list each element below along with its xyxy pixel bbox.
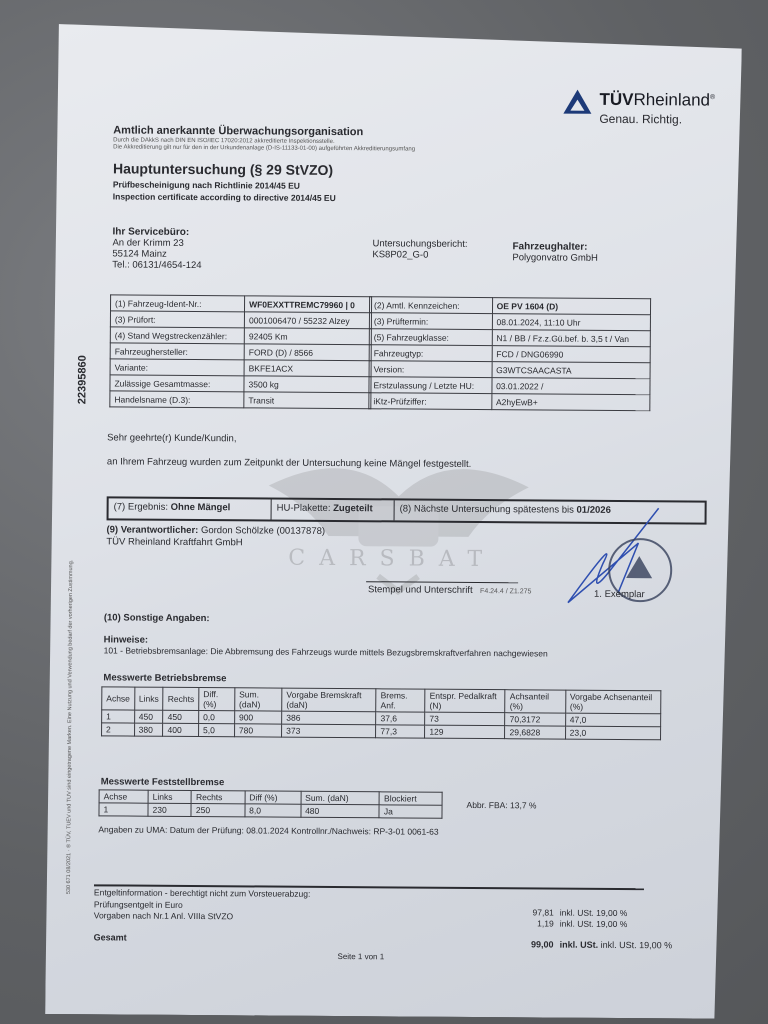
service-city: 55124 Mainz [112,248,201,260]
table-cell: 37,6 [376,712,425,725]
field-label: Erstzulassung / Letzte HU: [369,377,492,394]
watermark-text: CARSBAT [288,546,496,572]
table-row: Erstzulassung / Letzte HU:03.01.2022 / [369,377,650,395]
column-header: Achsanteil (%) [505,690,565,713]
column-header: Diff. (%) [199,688,235,711]
table-row: Fahrzeughersteller:FORD (D) / 8566 [110,343,371,361]
table-cell: 480 [301,804,380,818]
table-row: Fahrzeugtyp:FCD / DNG06990 [369,345,650,363]
fee-info: Entgeltinformation - berechtigt nicht zu… [94,887,310,899]
table-row: (4) Stand Wegstreckenzähler:92405 Km [110,327,371,345]
fee-line1-tax: inkl. USt. 19,00 % [560,908,628,918]
column-header: Links [134,687,163,710]
table-cell: 129 [425,725,505,739]
field-value: BKFE1ACX [244,360,371,377]
reg-mark: ® [710,94,715,101]
table-row: Zulässige Gesamtmasse:3500 kg [110,375,371,393]
other-info-label: (10) Sonstige Angaben: [104,612,210,624]
table-row: 23804005,078037377,312929,682823,0 [102,723,661,740]
field-value: Transit [244,392,371,409]
field-value: FORD (D) / 8566 [244,344,371,361]
brand-bold: TÜV [599,90,633,109]
fba-value: Abbr. FBA: 13,7 % [467,800,537,810]
report-block: Untersuchungsbericht: KS8P02_G-0 [372,238,467,261]
table-cell: 1 [99,803,148,816]
total-amount: 99,00 [524,939,554,949]
table-cell: 373 [282,724,376,738]
hint-text: 101 - Betriebsbremsanlage: Die Abbremsun… [104,645,548,658]
table-row: iKtz-Prüfziffer:A2hyEwB+ [369,393,650,411]
page-title: Hauptuntersuchung (§ 29 StVZO) [113,160,333,178]
service-brake-table: AchseLinksRechtsDiff. (%)Sum. (daN)Vorga… [101,686,661,740]
table-row: 12302508,0480Ja [99,803,442,818]
table-cell: 47,0 [565,713,660,727]
table-cell: 73 [425,712,505,726]
field-value: G3WTCSAACASTA [492,362,650,379]
field-label: Fahrzeugtyp: [369,345,492,362]
field-label: Fahrzeughersteller: [110,343,244,360]
table-row: (2) Amtl. Kennzeichen:OE PV 1604 (D) [369,297,650,315]
subtitle-en: Inspection certificate according to dire… [113,191,336,203]
table-cell: 230 [148,803,191,816]
parking-brake-table: AchseLinksRechtsDiff (%)Sum. (daN)Blocki… [98,789,442,818]
table-row: (5) Fahrzeugklasse:N1 / BB / Fz.z.Gü.bef… [369,329,650,347]
owner-block: Fahrzeughalter: Polygonvatro GmbH [512,241,598,264]
field-label: (3) Prüftermin: [369,313,492,330]
result-ergebnis: (7) Ergebnis: Ohne Mängel [109,498,272,519]
table-row: Variante:BKFE1ACX [110,359,371,377]
service-brake-title: Messwerte Betriebsbremse [103,672,226,684]
column-header: Rechts [163,687,199,710]
field-value: WF0EXXTTREMC79960 | 0 [245,296,372,313]
responsible-company: TÜV Rheinland Kraftfahrt GmbH [106,536,242,548]
report-label: Untersuchungsbericht: [372,238,467,250]
column-header: Rechts [191,790,244,803]
responsible: (9) Verantwortlicher: Gordon Schölzke (0… [106,524,325,537]
field-label: iKtz-Prüfziffer: [369,393,492,410]
total-tax: inkl. USt. inkl. USt. 19,00 % [560,940,673,951]
owner-label: Fahrzeughalter: [512,241,598,253]
column-header: Vorgabe Achsenanteil (%) [565,690,661,714]
table-cell: 1 [102,710,135,723]
parking-brake-title: Messwerte Feststellbremse [101,776,225,788]
table-cell: 2 [102,723,135,736]
table-cell: 380 [134,723,163,736]
table-cell: 23,0 [565,726,660,740]
fee-line1-label: Prüfungsentgelt in Euro [94,899,183,910]
side-trademark-text: 530 671 08/2021 · ® TÜV, TUEV und TUV si… [66,560,74,894]
field-value: A2hyEwB+ [491,394,649,411]
field-label: (2) Amtl. Kennzeichen: [369,297,492,314]
slogan: Genau. Richtig. [599,112,682,127]
table-cell: 70,3172 [505,713,565,726]
service-office: Ihr Servicebüro: An der Krimm 23 55124 M… [112,226,202,271]
greeting: Sehr geehrte(r) Kunde/Kundin, [107,432,236,444]
hints-label: Hinweise: [104,634,148,645]
fee-line2-amount: 1,19 [524,918,554,928]
column-header: Links [148,790,191,803]
table-cell: 780 [234,724,281,737]
subtitle-de: Prüfbescheinigung nach Richtlinie 2014/4… [113,179,300,190]
signature-label: Stempel und Unterschrift [368,584,473,596]
column-header: Achse [99,790,148,803]
column-header: Vorgabe Bremskraft (daN) [282,688,376,712]
vehicle-table-left: (1) Fahrzeug-Ident-Nr.:WF0EXXTTREMC79960… [109,294,372,409]
field-label: Zulässige Gesamtmasse: [110,375,244,392]
column-header: Achse [102,687,135,710]
field-label: (4) Stand Wegstreckenzähler: [110,327,244,344]
field-value: 0001006470 / 55232 Alzey [244,312,371,329]
field-label: Version: [369,361,492,378]
org-heading: Amtlich anerkannte Überwachungsorganisat… [113,124,363,138]
table-cell: 900 [234,711,281,724]
field-label: (5) Fahrzeugklasse: [369,329,492,346]
table-cell: 29,6828 [505,726,565,739]
column-header: Sum. (daN) [235,688,282,711]
owner-value: Polygonvatro GmbH [512,252,598,264]
table-cell: 386 [282,711,376,725]
field-value: 92405 Km [244,328,371,345]
field-label: (3) Prüfort: [110,311,244,328]
report-value: KS8P02_G-0 [372,249,467,261]
column-header: Blockiert [379,792,442,805]
table-cell: Ja [379,805,442,818]
total-label: Gesamt [94,932,127,942]
inspection-certificate: TÜVRheinland® Genau. Richtig. Amtlich an… [45,24,742,1019]
field-value: OE PV 1604 (D) [492,298,650,315]
stamp-triangle-icon [626,556,652,578]
column-header: Diff (%) [245,791,301,804]
field-value: FCD / DNG06990 [492,346,650,363]
table-cell: 250 [191,803,244,816]
table-cell: 450 [134,710,163,723]
uma-info: Angaben zu UMA: Datum der Prüfung: 08.01… [98,824,438,836]
table-cell: 0,0 [199,711,235,724]
table-cell: 400 [163,723,199,736]
table-row: (1) Fahrzeug-Ident-Nr.:WF0EXXTTREMC79960… [110,295,371,313]
fee-line2-tax: inkl. USt. 19,00 % [560,919,628,929]
table-cell: 77,3 [376,725,425,738]
column-header: Brems. Anf. [376,689,425,712]
table-cell: 5,0 [198,724,234,737]
service-street: An der Krimm 23 [112,237,201,249]
copy-label: 1. Exemplar [594,589,645,600]
service-phone: Tel.: 06131/4654-124 [112,259,201,271]
column-header: Entspr. Pedalkraft (N) [425,689,505,713]
field-label: (1) Fahrzeug-Ident-Nr.: [110,295,244,312]
field-value: 3500 kg [244,376,371,393]
column-header: Sum. (daN) [301,791,380,805]
table-row: Version:G3WTCSAACASTA [369,361,650,379]
field-value: 08.01.2024, 11:10 Uhr [492,314,650,331]
page-number: Seite 1 von 1 [337,952,384,961]
form-code: F4.24.4 / Z1.275 [480,588,531,595]
side-document-number: 22395860 [76,355,88,404]
accreditation-line-2: Die Akkreditierung gilt nur für den in d… [113,144,415,152]
field-label: Handelsname (D.3): [110,391,244,408]
result-plakette: HU-Plakette: Zugeteilt [272,500,395,521]
field-label: Variante: [110,359,244,376]
field-value: N1 / BB / Fz.z.Gü.bef. b. 3,5 t / Van [492,330,650,347]
service-label: Ihr Servicebüro: [113,226,202,238]
table-row: (3) Prüfort:0001006470 / 55232 Alzey [110,311,371,329]
fee-line2-label: Vorgaben nach Nr.1 Anl. VIIIa StVZO [94,910,233,921]
brand-rest: Rheinland [633,90,710,110]
vehicle-table-right: (2) Amtl. Kennzeichen:OE PV 1604 (D)(3) … [368,296,651,411]
table-cell: 450 [163,710,199,723]
table-row: Handelsname (D.3):Transit [110,391,371,409]
field-value: 03.01.2022 / [492,378,650,395]
table-row: (3) Prüftermin:08.01.2024, 11:10 Uhr [369,313,650,331]
fee-line1-amount: 97,81 [524,907,554,917]
table-cell: 8,0 [245,804,301,817]
